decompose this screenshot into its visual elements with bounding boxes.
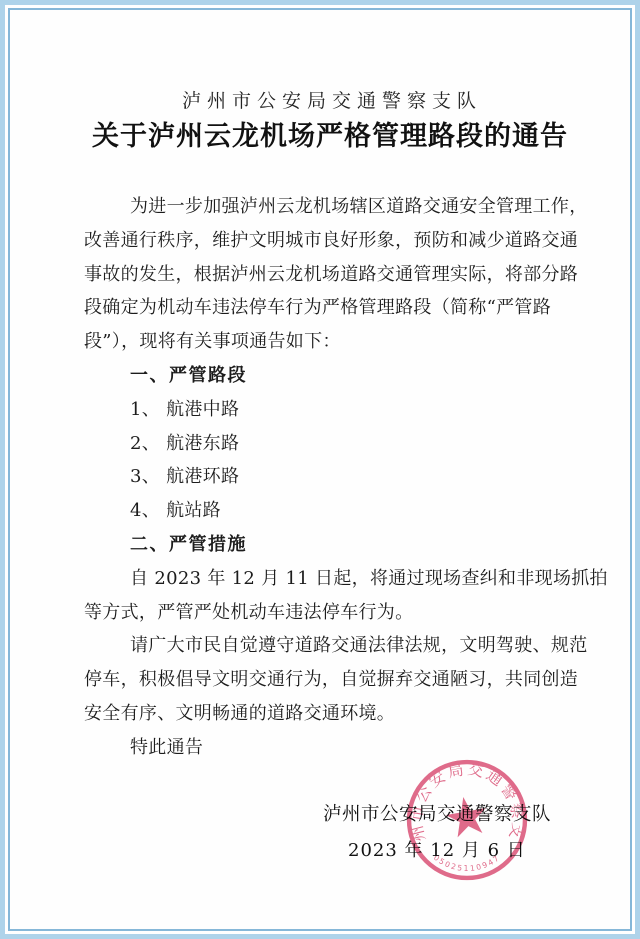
official-seal-stamp: 泸州市公安局交通警察支队 05025110947 xyxy=(404,757,530,883)
body-line: 请广大市民自觉遵守道路交通法律法规，文明驾驶、规范 xyxy=(84,629,584,663)
svg-text:泸州市公安局交通警察支队: 泸州市公安局交通警察支队 xyxy=(404,757,528,844)
stamp-star-icon xyxy=(443,793,490,838)
body-line: 自 2023 年 12 月 11 日起，将通过现场查纠和非现场抓拍 xyxy=(84,562,584,596)
body-line: 停车，积极倡导文明交通行为，自觉摒弃交通陋习，共同创造 xyxy=(84,663,584,697)
stamp-number: 05025110947 xyxy=(432,853,502,873)
list-item-road-4: 4、 航站路 xyxy=(84,494,584,528)
svg-text:05025110947: 05025110947 xyxy=(432,853,502,873)
list-item-road-2: 2、 航港东路 xyxy=(84,427,584,461)
body-line: 安全有序、文明畅通的道路交通环境。 xyxy=(84,697,584,731)
body-line: 事故的发生，根据泸州云龙机场道路交通管理实际，将部分路 xyxy=(84,258,584,292)
issuer-heading: 泸州市公安局交通警察支队 xyxy=(22,86,640,113)
body-line: 段”），现将有关事项通告如下： xyxy=(84,325,584,359)
notice-document: 泸州市公安局交通警察支队 关于泸州云龙机场严格管理路段的通告 为进一步加强泸州云… xyxy=(10,10,630,929)
body-line: 段确定为机动车违法停车行为严格管理路段（简称“严管路 xyxy=(84,291,584,325)
stamp-ring-text: 泸州市公安局交通警察支队 xyxy=(404,757,528,844)
body-line: 改善通行秩序，维护文明城市良好形象，预防和减少道路交通 xyxy=(84,224,584,258)
notice-title: 关于泸州云龙机场严格管理路段的通告 xyxy=(20,114,640,153)
notice-body: 为进一步加强泸州云龙机场辖区道路交通安全管理工作， 改善通行秩序，维护文明城市良… xyxy=(84,190,584,765)
section-heading-1: 一、严管路段 xyxy=(84,359,584,393)
body-line: 等方式，严管严处机动车违法停车行为。 xyxy=(84,596,584,630)
list-item-road-3: 3、 航港环路 xyxy=(84,460,584,494)
body-line: 为进一步加强泸州云龙机场辖区道路交通安全管理工作， xyxy=(84,190,584,224)
list-item-road-1: 1、 航港中路 xyxy=(84,393,584,427)
section-heading-2: 二、严管措施 xyxy=(84,528,584,562)
